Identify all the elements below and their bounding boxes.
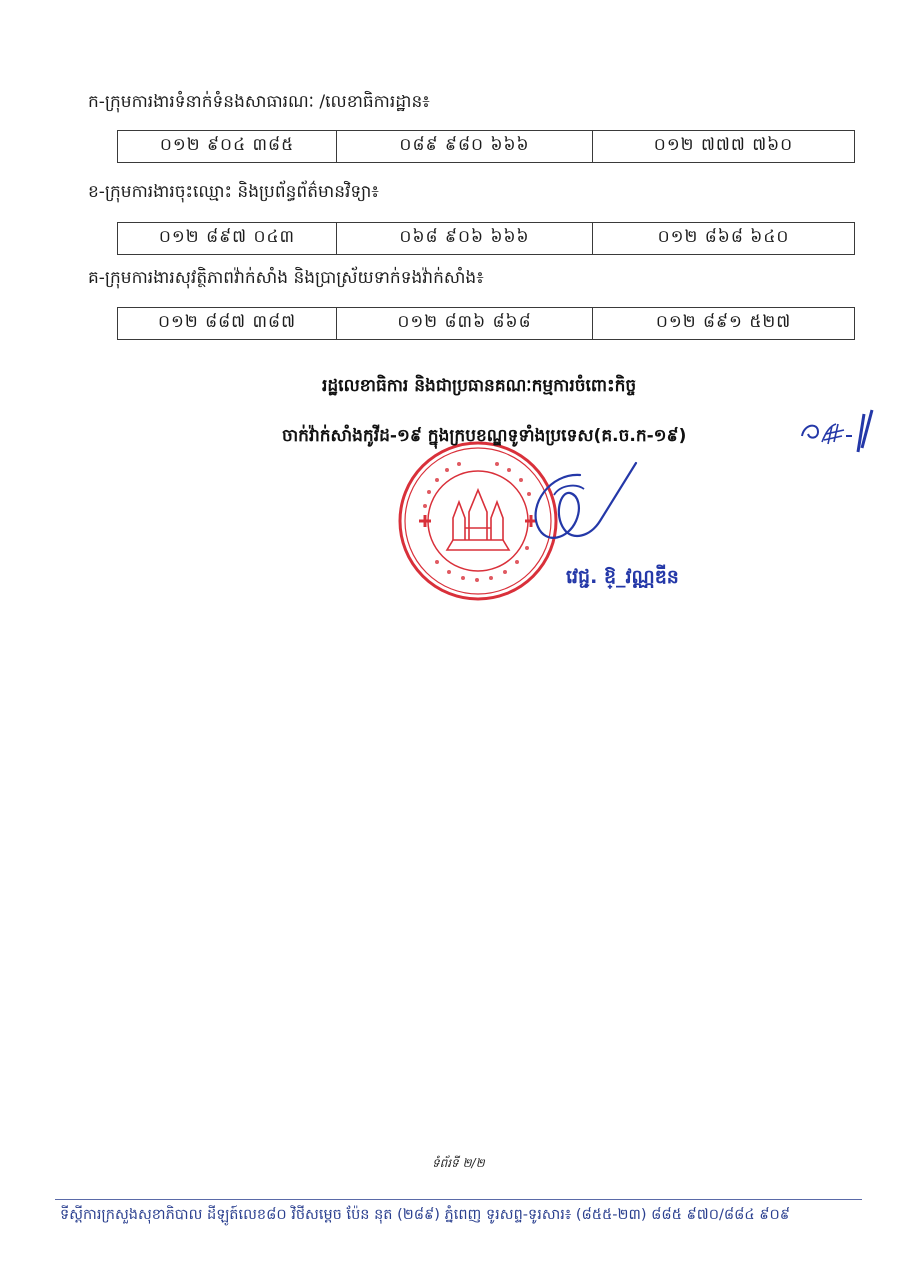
phone-cell: ០១២ ៩០៤ ៣៨៥ [118, 131, 337, 162]
phone-cell: ០១២ ៨៦៨ ៦៤០ [593, 223, 854, 254]
phone-cell: ០១២ ៨៣៦ ៨៦៨ [337, 308, 593, 339]
handwritten-signature-icon [520, 455, 650, 575]
phone-cell: ០១២ ៨៩៧ ០៤៣ [118, 223, 337, 254]
phone-cell: ០១២ ៧៧៧ ៧៦០ [593, 131, 854, 162]
phone-table-public-relations: ០១២ ៩០៤ ៣៨៥ ០៨៩ ៩៨០ ៦៦៦ ០១២ ៧៧៧ ៧៦០ [117, 130, 855, 163]
section-heading-vaccine-safety: គ-ក្រុមការងារសុវត្ថិភាពវ៉ាក់សាំង និងប្រា… [88, 266, 484, 290]
phone-table-vaccine-safety: ០១២ ៨៨៧ ៣៨៧ ០១២ ៨៣៦ ៨៦៨ ០១២ ៨៩១ ៥២៧ [117, 307, 855, 340]
initial-mark-icon [800, 408, 880, 453]
signatory-name: វេជ្ជ. ឱ្_វណ្ណឌីន [566, 565, 679, 593]
phone-cell: ០៨៩ ៩៨០ ៦៦៦ [337, 131, 593, 162]
phone-cell: ០១២ ៨៨៧ ៣៨៧ [118, 308, 337, 339]
phone-table-registration-it: ០១២ ៨៩៧ ០៤៣ ០៦៨ ៩០៦ ៦៦៦ ០១២ ៨៦៨ ៦៤០ [117, 222, 855, 255]
section-heading-registration-it: ខ-ក្រុមការងារចុះឈ្មោះ និងប្រព័ន្ធព័ត៌មាន… [88, 180, 379, 204]
phone-cell: ០៦៨ ៩០៦ ៦៦៦ [337, 223, 593, 254]
page-number: ទំព័រទី ២/២ [432, 1155, 485, 1173]
document-page: ក-ក្រុមការងារទំនាក់ទំនងសាធារណៈ /លេខាធិកា… [0, 0, 905, 1280]
phone-cell: ០១២ ៨៩១ ៥២៧ [593, 308, 854, 339]
section-heading-public-relations: ក-ក្រុមការងារទំនាក់ទំនងសាធារណៈ /លេខាធិកា… [88, 90, 430, 114]
footer-divider [55, 1199, 862, 1200]
signatory-title-line2: ចាក់វ៉ាក់សាំងកូវីដ-១៩ ក្នុងក្របខណ្ឌទូទាំ… [282, 424, 686, 448]
footer-address: ទីស្ដីការក្រសួងសុខាភិបាល ដីឡូត៍លេខ៨០ វិថ… [60, 1206, 790, 1227]
signatory-title-line1: រដ្ឋលេខាធិការ និងជាប្រធានគណៈកម្មការចំពោះ… [322, 374, 636, 398]
